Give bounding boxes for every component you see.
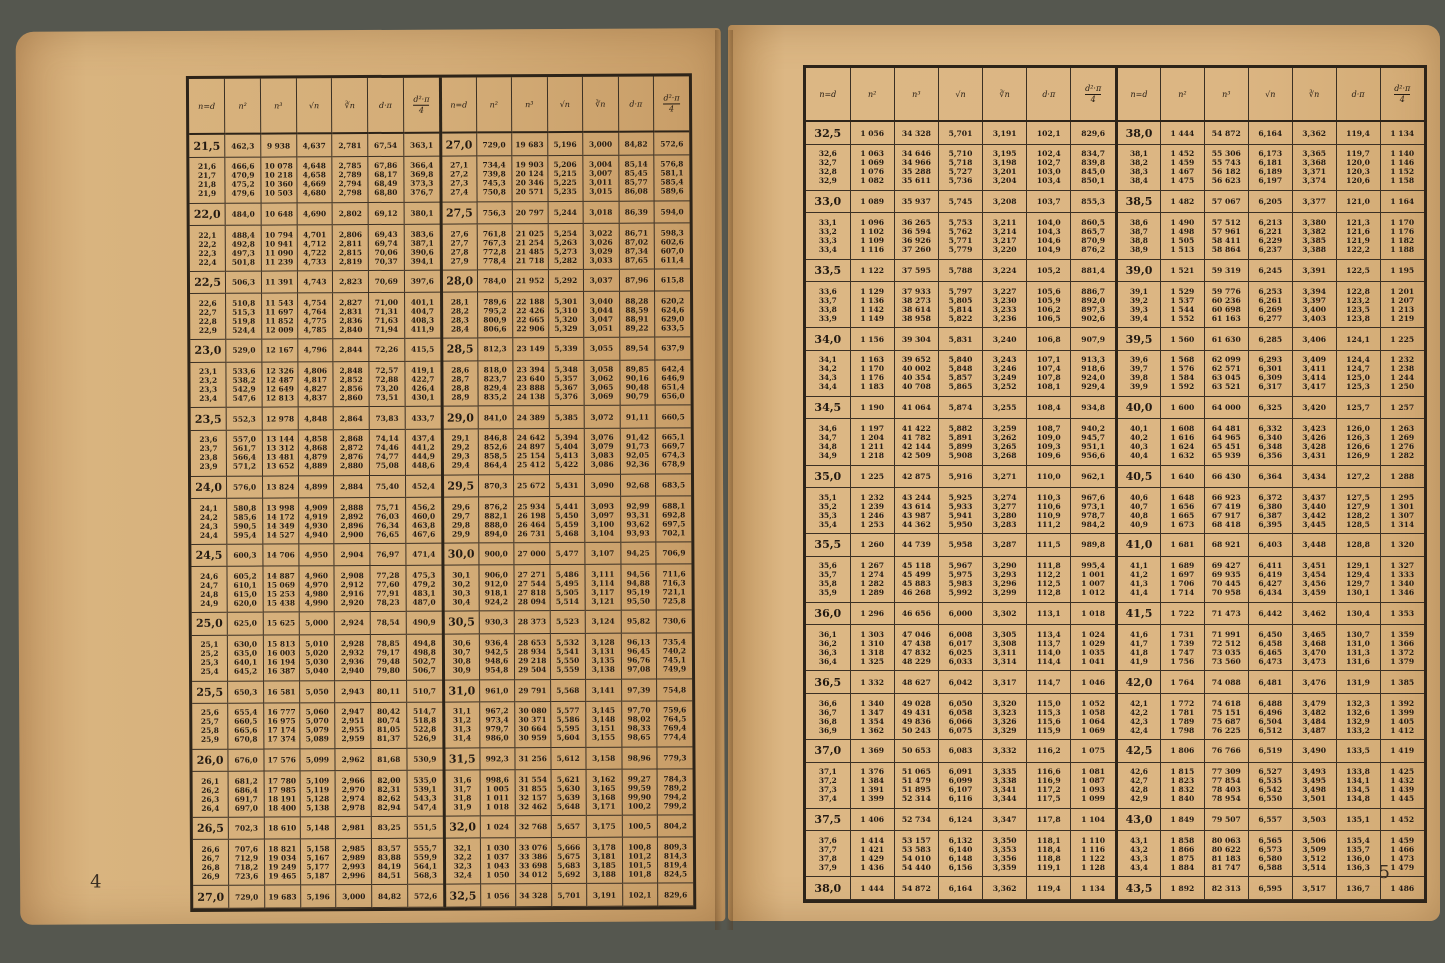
table-cell: 3,506 3,509 3,512 3,514: [1292, 831, 1336, 877]
table-cell: 2,904: [334, 544, 370, 567]
table-cell: 881,4: [1071, 259, 1115, 281]
table-cell: 1 063 1 069 1 076 1 082: [850, 144, 894, 190]
table-row: 24,0576,013 8244,8992,88475,40452,4: [191, 475, 441, 499]
table-cell: 3,141: [586, 679, 622, 702]
table-cell: 1 560: [1160, 328, 1204, 350]
table-row: 39,51 56061 6306,2853,406124,11 225: [1117, 328, 1425, 350]
right-page: n=dn²n³√n∛nd·πd²·π432,51 05634 3285,7013…: [728, 25, 1440, 921]
table-cell: 6,488 6,496 6,504 6,512: [1248, 693, 1292, 739]
table-cell: 3,255: [983, 396, 1027, 418]
table-row: 28,6 28,7 28,8 28,9818,0 823,7 829,4 835…: [442, 359, 691, 406]
table-cell: 5,831: [938, 328, 982, 350]
table-cell: 1 110 1 116 1 122 1 128: [1071, 831, 1115, 877]
table-cell: 35,0: [806, 465, 850, 487]
table-cell: 24,0: [191, 476, 227, 499]
table-cell: 26,5: [193, 817, 229, 840]
table-cell: 1 134: [1380, 121, 1424, 144]
table-cell: 829,6: [1071, 121, 1115, 144]
table-cell: 54 872: [894, 877, 938, 900]
table-cell: 1 056: [850, 121, 894, 144]
table-cell: 650,3: [228, 681, 264, 704]
table-cell: 86,39: [619, 201, 655, 224]
table-cell: 41,0: [1117, 534, 1161, 556]
table-cell: 36,5: [806, 671, 850, 693]
table-row: 23,0529,012 1674,7962,84472,26415,5: [190, 338, 440, 362]
table-cell: 1 232 1 238 1 244 1 250: [1380, 350, 1424, 396]
table-cell: 36,6 36,7 36,8 36,9: [806, 693, 850, 739]
table-cell: 74,14 74,46 74,77 75,08: [369, 429, 405, 475]
table-cell: 1 052 1 058 1 064 1 069: [1071, 693, 1115, 739]
table-cell: 3,317: [983, 671, 1027, 693]
table-cell: 130,4: [1336, 602, 1380, 624]
table-cell: 125,7: [1336, 396, 1380, 418]
table-cell: 1 892: [1160, 877, 1204, 900]
table-row: 43,01 84979 5076,5573,503135,11 452: [1117, 808, 1425, 830]
table-cell: 4,796: [297, 339, 333, 362]
table-cell: 5,532 5,541 5,550 5,559: [550, 633, 586, 679]
table-cell: 24,6 24,7 24,8 24,9: [191, 567, 227, 613]
table-cell: 11 543 11 697 11 852 12 009: [261, 293, 297, 339]
table-cell: 25 934 26 198 26 464 26 731: [514, 497, 550, 543]
table-row: 22,6 22,7 22,8 22,9510,8 515,3 519,8 524…: [190, 292, 440, 339]
table-cell: 5,925 5,933 5,941 5,950: [938, 488, 982, 534]
table-cell: 25 672: [513, 474, 549, 497]
table-cell: 45 118 45 499 45 883 46 268: [894, 556, 938, 602]
table-cell: 3,224: [983, 259, 1027, 281]
table-cell: 530,9: [407, 748, 443, 771]
table-row: 37,51 40652 7346,1243,347117,81 104: [806, 808, 1115, 830]
table-cell: 27,0: [193, 886, 229, 909]
table-row: 29,6 29,7 29,8 29,9876,2 882,1 888,0 894…: [443, 496, 692, 543]
table-cell: 6,565 6,573 6,580 6,588: [1248, 831, 1292, 877]
table-cell: 2,844: [333, 339, 369, 362]
table-cell: 32,0: [444, 816, 480, 839]
table-cell: 44 739: [894, 534, 938, 556]
table-cell: 6,481: [1248, 671, 1292, 693]
table-cell: 2,781: [332, 133, 368, 156]
table-cell: 3,287: [983, 534, 1027, 556]
table-cell: 761,8 767,3 772,8 778,4: [477, 224, 513, 270]
math-table: n=dn²n³√n∛nd·πd²·π432,51 05634 3285,7013…: [806, 68, 1115, 900]
table-cell: 6,519: [1248, 740, 1292, 762]
table-cell: 637,9: [655, 337, 691, 360]
table-cell: 35,6 35,7 35,8 35,9: [806, 556, 850, 602]
table-cell: 397,6: [404, 270, 440, 293]
table-cell: 127,2: [1336, 465, 1380, 487]
table-cell: 380,1: [404, 202, 440, 225]
table-cell: 3,423 3,426 3,428 3,431: [1292, 419, 1336, 465]
table-cell: 834,7 839,8 845,0 850,1: [1071, 144, 1115, 190]
table-cell: 32 768: [515, 816, 551, 839]
table-cell: 29 791: [515, 679, 551, 702]
table-cell: 1 201 1 207 1 213 1 219: [1380, 282, 1424, 328]
table-cell: 681,2 686,4 691,7 697,0: [228, 771, 264, 817]
table-cell: 71,00 71,31 71,63 71,94: [369, 293, 405, 339]
table-cell: 688,1 692,8 697,5 702,1: [656, 496, 692, 542]
table-cell: 37,0: [806, 740, 850, 762]
math-table: n=dn²n³√n∛nd·πd²·π438,01 44454 8726,1643…: [1115, 68, 1424, 900]
table-cell: 363,1: [403, 133, 439, 156]
table-cell: 5,050: [299, 680, 335, 703]
table-cell: 88,28 88,59 88,91 89,22: [619, 291, 655, 337]
table-cell: 50 653: [894, 740, 938, 762]
table-cell: 42,1 42,2 42,3 42,4: [1117, 693, 1161, 739]
table-cell: 40,6 40,7 40,8 40,9: [1117, 488, 1161, 534]
table-cell: 3,240: [983, 328, 1027, 350]
table-cell: 3,362: [1292, 121, 1336, 144]
table-cell: 2,806 2,811 2,815 2,819: [332, 225, 368, 271]
table-cell: 79 507: [1204, 808, 1248, 830]
table-row: 32,6 32,7 32,8 32,91 063 1 069 1 076 1 0…: [806, 144, 1115, 190]
table-cell: 29,5: [442, 475, 478, 498]
table-cell: 756,3: [477, 201, 513, 224]
col-area-header: d²·π4: [653, 76, 689, 132]
table-cell: 3,040 3,044 3,047 3,051: [584, 292, 620, 338]
table-cell: 6,008 6,017 6,025 6,033: [938, 625, 982, 671]
table-cell: 2,864: [333, 407, 369, 430]
table-cell: 462,3: [225, 134, 261, 157]
table-cell: 3,503: [1292, 808, 1336, 830]
table-cell: 1 263 1 269 1 276 1 282: [1380, 419, 1424, 465]
table-cell: 38,6 38,7 38,8 38,9: [1117, 213, 1161, 259]
table-cell: 3,462: [1292, 602, 1336, 624]
table-cell: 13 998 14 172 14 349 14 527: [263, 498, 299, 544]
table-cell: 557,0 561,7 566,4 571,2: [226, 430, 262, 476]
table-cell: 2,985 2,989 2,993 2,996: [336, 839, 372, 885]
table-cell: 124,4 124,7 125,0 125,3: [1336, 350, 1380, 396]
table-cell: 80 063 80 622 81 183 81 747: [1204, 831, 1248, 877]
table-row: 28,0784,021 9525,2923,03787,96615,8: [441, 269, 690, 293]
table-cell: 660,5: [655, 405, 691, 428]
table-cell: 74 088: [1204, 671, 1248, 693]
table-cell: 452,4: [405, 475, 441, 498]
table-cell: 11 391: [261, 271, 297, 294]
table-cell: 5,568: [550, 679, 586, 702]
table-cell: 475,3 479,2 483,1 487,0: [406, 566, 442, 612]
table-cell: 71 991 72 512 73 035 73 560: [1204, 625, 1248, 671]
table-row: 29,5870,325 6725,4313,09092,68683,5: [442, 474, 691, 498]
table-cell: 484,0: [225, 203, 261, 226]
table-cell: 6,450 6,458 6,465 6,473: [1248, 625, 1292, 671]
table-cell: 67,54: [368, 133, 404, 156]
table-cell: 110,3 110,6 110,9 111,2: [1027, 488, 1071, 534]
table-cell: 33,0: [806, 190, 850, 212]
table-cell: 846,8 852,6 858,5 864,4: [478, 429, 514, 475]
table-cell: 6,050 6,058 6,066 6,075: [938, 693, 982, 739]
col-n-header: n=d: [1117, 68, 1161, 121]
table-cell: 1 806: [1160, 740, 1204, 762]
table-cell: 729,0: [476, 133, 512, 156]
table-row: 41,1 41,2 41,3 41,41 689 1 697 1 706 1 7…: [1117, 556, 1425, 602]
table-cell: 1 134: [1071, 877, 1115, 900]
table-cell: 14 887 15 069 15 253 15 438: [263, 566, 299, 612]
table-cell: 3,451 3,454 3,456 3,459: [1292, 556, 1336, 602]
table-cell: 4,848: [298, 407, 334, 430]
table-cell: 34,6 34,7 34,8 34,9: [806, 419, 850, 465]
table-cell: 3,158: [586, 747, 622, 770]
table-cell: 124,1: [1336, 328, 1380, 350]
table-cell: 113,4 113,7 114,0 114,4: [1027, 625, 1071, 671]
table-cell: 6,042: [938, 671, 982, 693]
col-circumference-header: d·π: [1027, 68, 1071, 121]
table-cell: 1 849: [1160, 808, 1204, 830]
table-cell: 36,0: [806, 602, 850, 624]
table-cell: 490,9: [406, 611, 442, 634]
table-row: 24,6 24,7 24,8 24,9605,2 610,1 615,0 620…: [191, 566, 441, 613]
table-cell: 43,1 43,2 43,3 43,4: [1117, 831, 1161, 877]
table-cell: 6,325: [1248, 396, 1292, 418]
table-row: 40,6 40,7 40,8 40,91 648 1 656 1 665 1 6…: [1117, 488, 1425, 534]
table-cell: 22 188 22 426 22 665 22 906: [513, 292, 549, 338]
table-cell: 3,090: [584, 474, 620, 497]
table-cell: 108,4: [1027, 396, 1071, 418]
table-cell: 1 156: [850, 328, 894, 350]
table-cell: 41,1 41,2 41,3 41,4: [1117, 556, 1161, 602]
table-cell: 4,899: [298, 475, 334, 498]
page-number: 5: [1379, 862, 1390, 883]
table-cell: 119,4: [1027, 877, 1071, 900]
table-cell: 10 794 10 941 11 090 11 239: [261, 225, 297, 271]
table-cell: 23,6 23,7 23,8 23,9: [191, 430, 227, 476]
table-cell: 630,0 635,0 640,1 645,2: [228, 635, 264, 681]
table-cell: 3,004 3,007 3,011 3,015: [583, 155, 619, 201]
table-cell: 3,178 3,181 3,185 3,188: [586, 838, 622, 884]
table-cell: 3,124: [585, 610, 621, 633]
table-cell: 39 304: [894, 328, 938, 350]
col-circumference-header: d·π: [618, 77, 654, 133]
table-cell: 69,43 69,74 70,06 70,37: [368, 224, 404, 270]
table-cell: 3,350 3,353 3,356 3,359: [983, 831, 1027, 877]
table-cell: 94,56 94,88 95,19 95,50: [620, 564, 656, 610]
table-cell: 5,109 5,119 5,128 5,138: [300, 771, 336, 817]
table-cell: 1 858 1 866 1 875 1 884: [1160, 831, 1204, 877]
table-cell: 15 813 16 003 16 194 16 387: [263, 635, 299, 681]
col-cube-header: n³: [894, 68, 938, 121]
table-cell: 1 340 1 347 1 354 1 362: [850, 693, 894, 739]
table-cell: 2,888 2,892 2,896 2,900: [334, 498, 370, 544]
table-cell: 42,5: [1117, 740, 1161, 762]
table-cell: 35,1 35,2 35,3 35,4: [806, 488, 850, 534]
table-cell: 6,442: [1248, 602, 1292, 624]
table-cell: 5,441 5,450 5,459 5,468: [549, 496, 585, 542]
table-cell: 3,290 3,293 3,296 3,299: [983, 556, 1027, 602]
table-cell: 907,9: [1071, 328, 1115, 350]
table-cell: 38,1 38,2 38,3 38,4: [1117, 144, 1161, 190]
table-cell: 3,072: [584, 406, 620, 429]
table-row: 30,6 30,7 30,8 30,9936,4 942,5 948,6 954…: [443, 632, 692, 679]
table-cell: 94,25: [620, 542, 656, 565]
table-cell: 113,1: [1027, 602, 1071, 624]
table-cell: 3,409 3,411 3,414 3,417: [1292, 350, 1336, 396]
table-cell: 1 257: [1380, 396, 1424, 418]
table-cell: 48 627: [894, 671, 938, 693]
table-row: 23,5552,312 9784,8482,86473,83433,7: [191, 407, 441, 431]
table-cell: 3,365 3,368 3,371 3,374: [1292, 144, 1336, 190]
table-cell: 73,83: [369, 407, 405, 430]
table-cell: 22,5: [190, 271, 226, 294]
table-cell: 19 903 20 124 20 346 20 571: [512, 155, 548, 201]
table-cell: 39,6 39,7 39,8 39,9: [1117, 350, 1161, 396]
table-cell: 35 937: [894, 190, 938, 212]
table-cell: 37,6 37,7 37,8 37,9: [806, 831, 850, 877]
table-cell: 1 369: [850, 740, 894, 762]
table-cell: 1 689 1 697 1 706 1 714: [1160, 556, 1204, 602]
table-cell: 80,42 80,74 81,05 81,37: [371, 702, 407, 748]
table-cell: 5,788: [938, 259, 982, 281]
table-cell: 43,0: [1117, 808, 1161, 830]
table-cell: 30,0: [443, 543, 479, 566]
table-cell: 89,85 90,16 90,48 90,79: [619, 360, 655, 406]
table-cell: 3,058 3,062 3,065 3,069: [584, 360, 620, 406]
table-cell: 5,797 5,805 5,814 5,822: [938, 282, 982, 328]
table-cell: 66 923 67 419 67 917 68 418: [1204, 488, 1248, 534]
table-cell: 876,2 882,1 888,0 894,0: [478, 497, 514, 543]
table-row: 40,1 40,2 40,3 40,41 608 1 616 1 624 1 6…: [1117, 419, 1425, 465]
table-cell: 620,2 624,6 629,0 633,5: [655, 291, 691, 337]
table-cell: 1 081 1 087 1 093 1 099: [1071, 762, 1115, 808]
table-cell: 1 568 1 576 1 584 1 592: [1160, 350, 1204, 396]
table-cell: 6,205: [1248, 190, 1292, 212]
table-cell: 5,206 5,215 5,225 5,235: [547, 155, 583, 201]
table-cell: 69 427 69 935 70 445 70 958: [1204, 556, 1248, 602]
table-cell: 1 385: [1380, 671, 1424, 693]
table-cell: 366,4 369,8 373,3 376,7: [404, 156, 440, 202]
table-cell: 75,71 76,03 76,34 76,65: [370, 497, 406, 543]
table-cell: 39 652 40 002 40 354 40 708: [894, 350, 938, 396]
table-cell: 3,394 3,397 3,400 3,403: [1292, 282, 1336, 328]
table-cell: 3,406: [1292, 328, 1336, 350]
table-cell: 992,3: [479, 748, 515, 771]
table-cell: 2,908 2,912 2,916 2,920: [334, 566, 370, 612]
table-cell: 625,0: [227, 612, 263, 635]
table-cell: 466,6 470,9 475,2 479,6: [225, 157, 261, 203]
table-cell: 1 303 1 310 1 318 1 325: [850, 625, 894, 671]
table-cell: 4,648 4,658 4,669 4,680: [296, 156, 332, 202]
table-row: 36,1 36,2 36,3 36,41 303 1 310 1 318 1 3…: [806, 625, 1115, 671]
table-cell: 18 610: [264, 817, 300, 840]
table-cell: 21,6 21,7 21,8 21,9: [189, 157, 225, 203]
table-row: 27,0729,019 6835,1963,00084,82572,6: [193, 884, 443, 908]
table-cell: 1 140 1 146 1 152 1 158: [1380, 144, 1424, 190]
table-cell: 40,0: [1117, 396, 1161, 418]
table-cell: 19 683: [512, 132, 548, 155]
table-cell: 100,8 101,2 101,5 101,8: [622, 837, 658, 883]
col-square-header: n²: [850, 68, 894, 121]
table-cell: 1 731 1 739 1 747 1 756: [1160, 625, 1204, 671]
table-cell: 80,11: [371, 680, 407, 703]
table-cell: 1 444: [1160, 121, 1204, 144]
table-cell: 1 296: [850, 602, 894, 624]
table-cell: 1 608 1 616 1 624 1 632: [1160, 419, 1204, 465]
table-cell: 57 512 57 961 58 411 58 864: [1204, 213, 1248, 259]
table-cell: 1 288: [1380, 465, 1424, 487]
table-cell: 4,754 4,764 4,775 4,785: [297, 293, 333, 339]
table-row: 42,1 42,2 42,3 42,41 772 1 781 1 789 1 7…: [1117, 693, 1425, 739]
table-cell: 27 271 27 544 27 818 28 094: [514, 565, 550, 611]
table-cell: 506,3: [226, 271, 262, 294]
table-cell: 1 332: [850, 671, 894, 693]
table-cell: 3,479 3,482 3,484 3,487: [1292, 693, 1336, 739]
table-cell: 655,4 660,5 665,6 670,8: [228, 703, 264, 749]
table-cell: 6,403: [1248, 534, 1292, 556]
table-cell: 6,364: [1248, 465, 1292, 487]
table-cell: 82 313: [1204, 877, 1248, 900]
table-row: 34,51 19041 0645,8743,255108,4934,8: [806, 396, 1115, 418]
table-cell: 132,3 132,6 132,9 133,2: [1336, 693, 1380, 739]
table-cell: 62 099 62 571 63 045 63 521: [1204, 350, 1248, 396]
table-cell: 106,8: [1027, 328, 1071, 350]
table-cell: 2,966 2,970 2,974 2,978: [335, 771, 371, 817]
table-row: 33,01 08935 9375,7453,208103,7855,3: [806, 190, 1115, 212]
table-cell: 3,332: [983, 740, 1027, 762]
table-cell: 122,5: [1336, 259, 1380, 281]
table-cell: 3,448: [1292, 534, 1336, 556]
table-cell: 804,2: [657, 815, 693, 838]
table-cell: 6,557: [1248, 808, 1292, 830]
table-cell: 1 018: [1071, 602, 1115, 624]
table-cell: 23 149: [513, 338, 549, 361]
table-cell: 13 144 13 312 13 481 13 652: [262, 430, 298, 476]
table-row: 24,5600,314 7064,9502,90476,97471,4: [191, 543, 441, 567]
table-cell: 533,6 538,2 542,9 547,6: [226, 362, 262, 408]
table-cell: 2,823: [333, 270, 369, 293]
table-cell: 2,981: [336, 817, 372, 840]
table-cell: 5,882 5,891 5,899 5,908: [938, 419, 982, 465]
table-cell: 32,5: [806, 121, 850, 144]
table-cell: 17 576: [264, 749, 300, 772]
table-cell: 3,380 3,382 3,385 3,388: [1292, 213, 1336, 259]
table-cell: 33,6 33,7 33,8 33,9: [806, 282, 850, 328]
table-cell: 1 681: [1160, 534, 1204, 556]
table-cell: 818,0 823,7 829,4 835,2: [477, 360, 513, 406]
table-cell: 87,96: [619, 269, 655, 292]
table-cell: 40,1 40,2 40,3 40,4: [1117, 419, 1161, 465]
table-cell: 97,70 98,02 98,33 98,65: [621, 701, 657, 747]
table-cell: 1 225: [850, 465, 894, 487]
table-cell: 1 521: [1160, 259, 1204, 281]
table-cell: 759,6 764,5 769,4 774,4: [657, 701, 693, 747]
table-cell: 4,690: [297, 202, 333, 225]
table-cell: 5,244: [548, 201, 584, 224]
table-cell: 6,164: [938, 877, 982, 900]
table-cell: 5,916: [938, 465, 982, 487]
table-cell: 91,11: [620, 405, 656, 428]
table-row: 34,1 34,2 34,3 34,41 163 1 170 1 176 1 1…: [806, 350, 1115, 396]
table-cell: 83,25: [371, 816, 407, 839]
table-cell: 754,8: [657, 678, 693, 701]
table-cell: 4,950: [298, 544, 334, 567]
table-cell: 59 319: [1204, 259, 1248, 281]
table-cell: 730,6: [656, 610, 692, 633]
table-cell: 5,385: [549, 406, 585, 429]
table-cell: 23,1 23,2 23,3 23,4: [190, 362, 226, 408]
table-cell: 886,7 892,0 897,3 902,6: [1071, 282, 1115, 328]
table-cell: 22,1 22,2 22,3 22,4: [190, 225, 226, 271]
table-cell: 1 452 1 459 1 467 1 475: [1160, 144, 1204, 190]
table-cell: 401,1 404,7 408,3 411,9: [404, 292, 440, 338]
table-cell: 42,0: [1117, 671, 1161, 693]
table-cell: 906,0 912,0 918,1 924,2: [478, 565, 514, 611]
table-cell: 40,5: [1117, 465, 1161, 487]
table-cell: 3,437 3,440 3,442 3,445: [1292, 488, 1336, 534]
table-cell: 111,5: [1027, 534, 1071, 556]
table-cell: 42 875: [894, 465, 938, 487]
table-cell: 81,68: [371, 748, 407, 771]
table-cell: 27,5: [441, 202, 477, 225]
table-row: 38,51 48257 0676,2053,377121,01 164: [1117, 190, 1425, 212]
col-n-header: n=d: [189, 79, 225, 135]
table-cell: 19 683: [265, 885, 301, 908]
